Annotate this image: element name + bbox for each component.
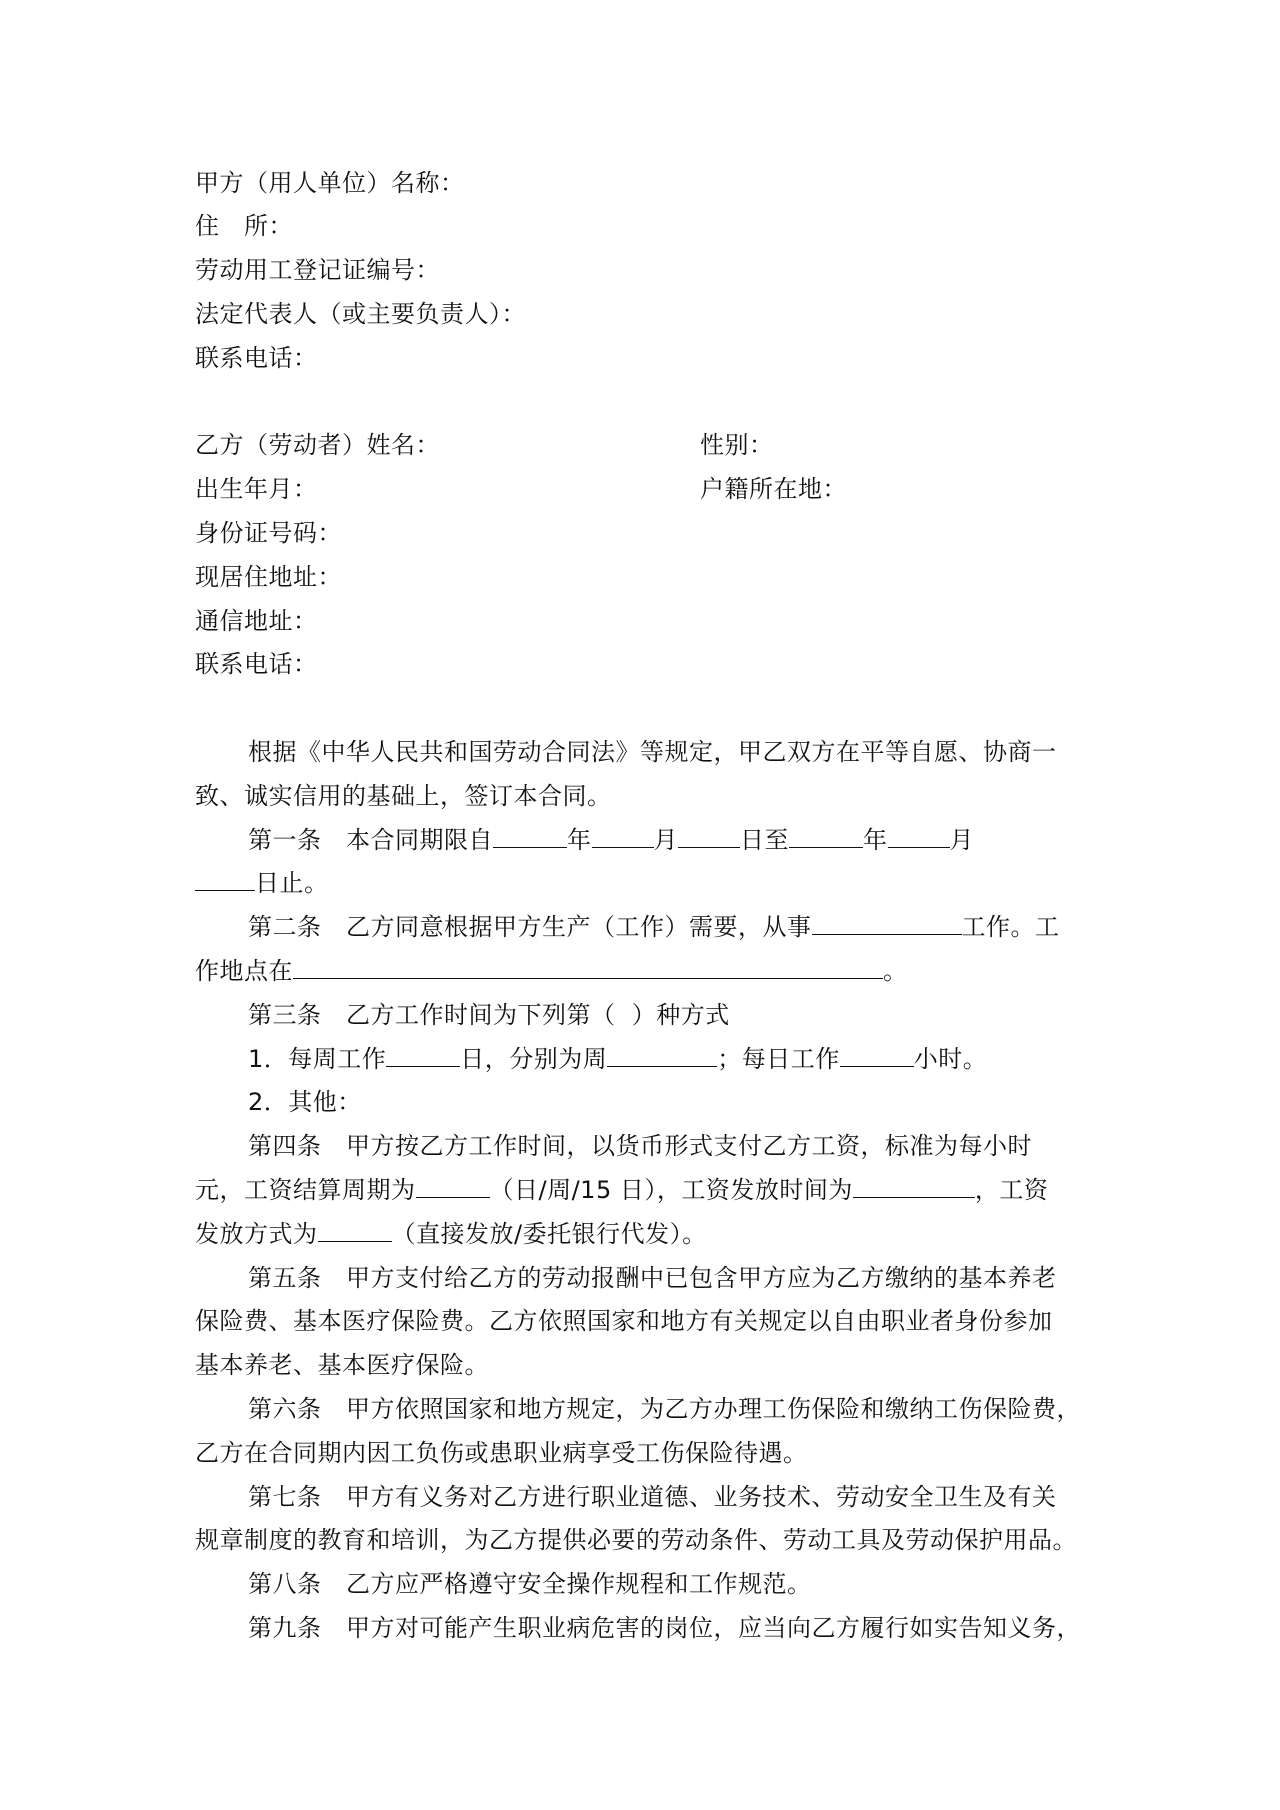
pay-time-blank[interactable] xyxy=(853,1175,975,1198)
party-a-representative-label: 法定代表人（或主要负责人）： xyxy=(195,299,526,329)
party-b-name-label: 乙方（劳动者）姓名： xyxy=(195,430,440,460)
party-a-phone-label: 联系电话： xyxy=(195,343,318,373)
article-2-text: 第二条 乙方同意根据甲方生产（工作）需要，从事 xyxy=(248,913,812,941)
party-b-gender-label: 性别： xyxy=(700,430,774,460)
job-blank[interactable] xyxy=(812,912,962,935)
month-label: 月 xyxy=(950,826,975,854)
article-7-line-1: 第七条 甲方有义务对乙方进行职业道德、业务技术、劳动安全卫生及有关 xyxy=(248,1482,1057,1512)
hours-per-day-label: ；每日工作 xyxy=(717,1045,840,1073)
party-b-phone-label: 联系电话： xyxy=(195,649,318,679)
party-b-residence-label: 现居住地址： xyxy=(195,562,342,592)
period: 。 xyxy=(883,957,908,985)
year-label: 年 xyxy=(567,826,592,854)
year-label: 年 xyxy=(863,826,888,854)
weekdays-blank[interactable] xyxy=(607,1044,717,1067)
days-per-week-blank[interactable] xyxy=(386,1044,460,1067)
day-to-label: 日至 xyxy=(740,826,789,854)
article-4-line-1: 第四条 甲方按乙方工作时间，以货币形式支付乙方工资，标准为每小时 xyxy=(248,1131,1032,1161)
pay-method-blank[interactable] xyxy=(318,1219,392,1242)
article-5-line-3: 基本养老、基本医疗保险。 xyxy=(195,1350,489,1380)
start-year-blank[interactable] xyxy=(493,825,567,848)
work-location-label: 作地点在 xyxy=(195,957,293,985)
pay-method-options: （直接发放/委托银行代发）。 xyxy=(392,1220,707,1248)
party-b-hukou-label: 户籍所在地： xyxy=(700,474,847,504)
wage-label: ，工资 xyxy=(975,1176,1049,1204)
preamble-line-2: 致、诚实信用的基础上，签订本合同。 xyxy=(195,781,612,811)
pay-cycle-label: 元，工资结算周期为 xyxy=(195,1176,416,1204)
pay-method-label: 发放方式为 xyxy=(195,1220,318,1248)
article-1: 第一条 本合同期限自年月日至年月 xyxy=(248,825,974,855)
pay-time-label: （日/周/15 日），工资发放时间为 xyxy=(490,1176,853,1204)
party-b-birth-label: 出生年月： xyxy=(195,474,318,504)
pay-cycle-blank[interactable] xyxy=(416,1175,490,1198)
hours-label: 小时。 xyxy=(914,1045,988,1073)
article-2-text-2: 工作。工 xyxy=(962,913,1060,941)
document-page: 甲方（用人单位）名称： 住 所： 劳动用工登记证编号： 法定代表人（或主要负责人… xyxy=(0,0,1280,1810)
preamble-line-1: 根据《中华人民共和国劳动合同法》等规定，甲乙双方在平等自愿、协商一 xyxy=(248,737,1057,767)
article-1-end: 日止。 xyxy=(195,868,329,898)
article-3: 第三条 乙方工作时间为下列第（ ）种方式 xyxy=(248,1000,730,1030)
party-a-name-label: 甲方（用人单位）名称： xyxy=(195,168,465,198)
article-6-line-2: 乙方在合同期内因工负伤或患职业病享受工伤保险待遇。 xyxy=(195,1438,808,1468)
article-1-text: 第一条 本合同期限自 xyxy=(248,826,493,854)
day-end-label: 日止。 xyxy=(255,869,329,897)
article-9-line-1: 第九条 甲方对可能产生职业病危害的岗位，应当向乙方履行如实告知义务， xyxy=(248,1613,1081,1643)
article-5-line-1: 第五条 甲方支付给乙方的劳动报酬中已包含甲方应为乙方缴纳的基本养老 xyxy=(248,1263,1057,1293)
article-3-option-2: 2．其他： xyxy=(248,1087,362,1117)
party-b-mail-label: 通信地址： xyxy=(195,606,318,636)
article-4-line-3: 发放方式为（直接发放/委托银行代发）。 xyxy=(195,1219,707,1249)
work-location-blank[interactable] xyxy=(293,956,883,979)
article-2: 第二条 乙方同意根据甲方生产（工作）需要，从事工作。工 xyxy=(248,912,1060,942)
party-a-address-label: 住 所： xyxy=(195,211,293,241)
start-month-blank[interactable] xyxy=(592,825,654,848)
start-day-blank[interactable] xyxy=(678,825,740,848)
party-b-id-label: 身份证号码： xyxy=(195,518,342,548)
article-5-line-2: 保险费、基本医疗保险费。乙方依照国家和地方有关规定以自由职业者身份参加 xyxy=(195,1306,1053,1336)
end-month-blank[interactable] xyxy=(888,825,950,848)
article-6-line-1: 第六条 甲方依照国家和地方规定，为乙方办理工伤保险和缴纳工伤保险费， xyxy=(248,1394,1081,1424)
end-year-blank[interactable] xyxy=(789,825,863,848)
article-3-option-1: 1．每周工作日，分别为周；每日工作小时。 xyxy=(248,1044,987,1074)
month-label: 月 xyxy=(654,826,679,854)
article-4-line-2: 元，工资结算周期为（日/周/15 日），工资发放时间为，工资 xyxy=(195,1175,1048,1205)
end-day-blank[interactable] xyxy=(195,868,255,891)
hours-per-day-blank[interactable] xyxy=(840,1044,914,1067)
article-8-line-1: 第八条 乙方应严格遵守安全操作规程和工作规范。 xyxy=(248,1569,812,1599)
weekdays-label: 日，分别为周 xyxy=(460,1045,607,1073)
party-a-registration-label: 劳动用工登记证编号： xyxy=(195,255,440,285)
article-7-line-2: 规章制度的教育和培训，为乙方提供必要的劳动条件、劳动工具及劳动保护用品。 xyxy=(195,1525,1077,1555)
article-2-cont: 作地点在。 xyxy=(195,956,908,986)
days-per-week-label: 1．每周工作 xyxy=(248,1045,386,1073)
